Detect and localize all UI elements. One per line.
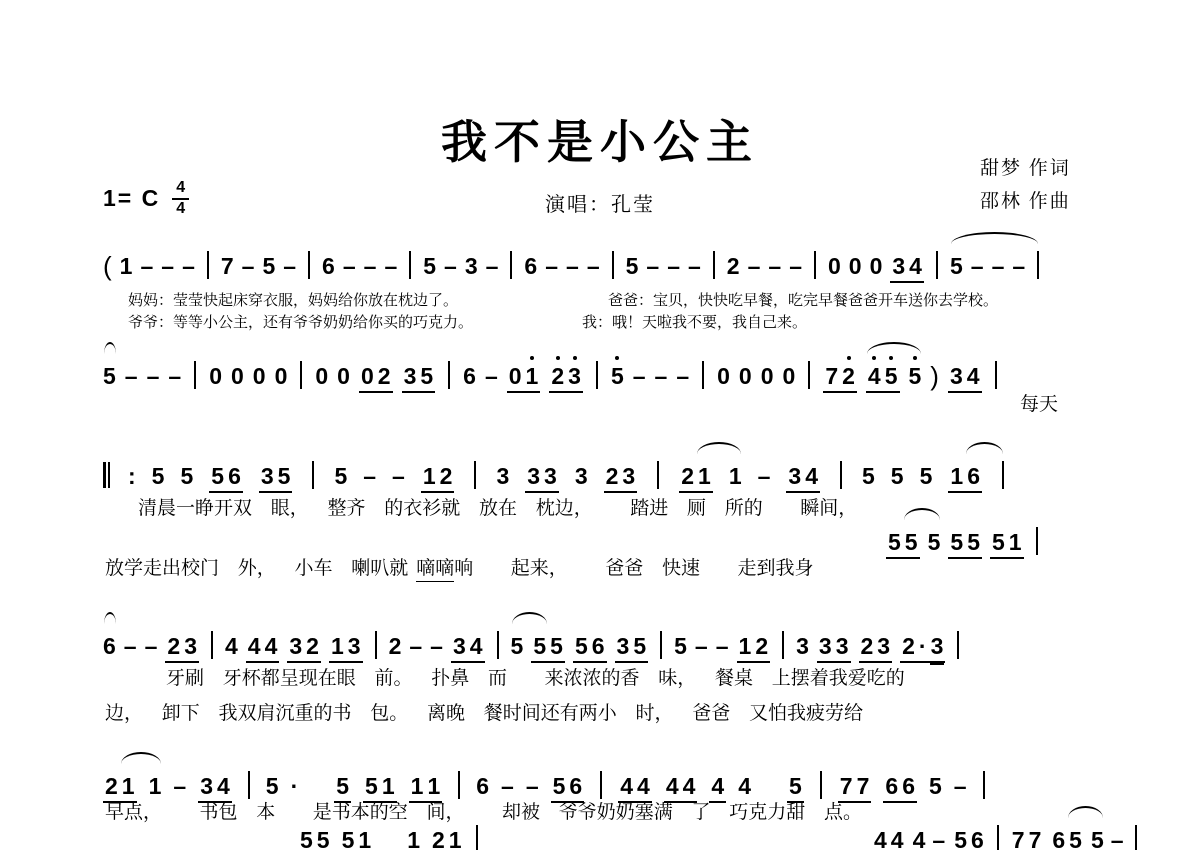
note-digit: 3	[542, 464, 559, 493]
note-digit: 5	[548, 634, 565, 663]
note-digit: 6	[1050, 828, 1067, 850]
bar-line	[1002, 461, 1004, 489]
note-digit: 3	[496, 464, 509, 489]
bar-line	[657, 461, 659, 489]
bar-line	[375, 631, 377, 659]
note-digit: 2	[389, 634, 402, 659]
bar-line	[995, 361, 997, 389]
duration-dash: –	[161, 254, 174, 279]
bar-line	[474, 461, 476, 489]
note-digit: 3	[834, 634, 851, 663]
bar-line	[820, 771, 822, 799]
note-digit: 1	[421, 464, 438, 493]
note-digit: 0	[507, 364, 524, 393]
bar-line	[207, 251, 209, 279]
note-digit: 3	[566, 364, 583, 393]
note-digit: 1	[524, 364, 541, 393]
duration-dash: –	[147, 364, 160, 389]
lyric-text: 嘀嘀	[416, 559, 454, 582]
note-digit: 5	[920, 464, 933, 489]
dialogue-text: 我：哦！天啦我不要，我自己来。	[582, 315, 807, 332]
note-digit: 5	[990, 530, 1007, 559]
note-digit: 5	[1091, 828, 1104, 850]
note-digit: 3	[465, 254, 478, 279]
bar-line	[957, 631, 959, 659]
duration-dash: –	[768, 254, 781, 279]
note-digit: 0	[209, 364, 222, 389]
note-digit: 5	[573, 634, 590, 663]
note-digit: 4	[866, 364, 883, 393]
note-digit: 5	[266, 774, 279, 799]
note-digit: 3	[346, 634, 363, 663]
note-digit: 5	[928, 530, 941, 555]
note-digit: 1	[729, 464, 742, 489]
duration-dash: –	[716, 634, 729, 659]
note-digit: 6	[103, 634, 116, 659]
bar-line	[1037, 251, 1039, 279]
duration-dash: –	[430, 634, 443, 659]
bar-line	[448, 361, 450, 389]
slur-arc	[697, 442, 741, 454]
duration-dash: –	[1012, 254, 1025, 279]
note-digit: 6	[965, 464, 982, 493]
duration-dash: –	[409, 634, 422, 659]
duration-dash: –	[501, 774, 514, 799]
bar-line	[702, 361, 704, 389]
note-digit: 6	[590, 634, 607, 663]
note-digit: 5	[180, 464, 193, 489]
bar-line	[1036, 527, 1038, 555]
note-digit: 5	[334, 464, 347, 489]
note-digit: 5	[152, 464, 165, 489]
duration-dash: –	[992, 254, 1005, 279]
music-line-3: :5556355––12333323211–3455516	[103, 456, 1024, 493]
duration-dash: –	[168, 364, 181, 389]
lyric-verse2-b: 边， 卸下 我双肩沉重的书 包。 离晚 餐时间还有两小 时， 爸爸 又怕我疲劳给	[105, 699, 871, 725]
note-digit: 6	[900, 774, 917, 803]
note-digit: 5	[886, 530, 903, 559]
note-digit: 1	[1007, 530, 1024, 559]
music-line-2: 5–––00000002356–01235–––000072455)34	[103, 356, 1010, 393]
duration-dash: –	[392, 464, 405, 489]
note-digit: 5	[315, 828, 332, 850]
note-digit: 2	[430, 828, 447, 850]
duration-dash: –	[486, 254, 499, 279]
note-digit: 5	[511, 634, 524, 659]
duration-dash: –	[526, 774, 539, 799]
note-digit: 3	[948, 364, 965, 393]
note-digit: 2	[438, 464, 455, 493]
score-sheet: 我不是小公主 甜梦 作词 邵林 作曲 演唱：孔莹 1= C 4 4 (1–––7…	[0, 0, 1200, 850]
slur-arc	[966, 442, 1003, 454]
lyric-meitian: 每天	[1020, 390, 1066, 416]
duration-dash: –	[932, 828, 945, 850]
slur-arc	[904, 508, 940, 520]
bar-line	[300, 361, 302, 389]
note-digit: 0	[739, 364, 752, 389]
dot-mark: ·	[291, 774, 299, 799]
bar-line	[782, 631, 784, 659]
bar-line	[211, 631, 213, 659]
note-digit: 1	[329, 634, 346, 663]
lyric-verse1-a: 清晨一睁开双 眼， 整齐 的衣衫就 放在 枕边， 踏进 厕 所的 瞬间，	[138, 494, 865, 520]
note-digit: 3	[182, 634, 199, 663]
lyric-text: 每天	[1020, 395, 1058, 416]
note-digit: 5	[965, 530, 982, 559]
note-digit: 6	[524, 254, 537, 279]
duration-dash: –	[384, 254, 397, 279]
note-digit: 5	[883, 364, 900, 393]
lyric-verse2-a: 放学走出校门 外， 小车 喇叭就嘀嘀响 起来， 爸爸 快速 走到我身	[105, 554, 822, 582]
duration-dash: –	[545, 254, 558, 279]
dialogue-yeye: 爷爷：等等小公主，还有爷爷奶奶给你买的巧克力。	[128, 307, 481, 332]
note-digit: 5	[611, 364, 624, 389]
bar-line	[1135, 825, 1137, 850]
duration-dash: –	[343, 254, 356, 279]
note-digit: 2	[859, 634, 876, 663]
note-digit: 0	[849, 254, 862, 279]
note-digit: 5	[626, 254, 639, 279]
note-digit: 4	[738, 774, 751, 799]
bar-line	[997, 825, 999, 850]
duration-dash: –	[444, 254, 457, 279]
duration-dash: –	[688, 254, 701, 279]
bar-line	[808, 361, 810, 389]
note-digit: 2	[840, 364, 857, 393]
note-digit: 5	[952, 828, 969, 850]
note-digit: 4	[889, 828, 906, 850]
note-digit: 5	[423, 254, 436, 279]
duration-dash: –	[1111, 828, 1124, 850]
note-digit: 5	[531, 634, 548, 663]
ossia-line-5b: 444–5677655–	[872, 820, 1148, 850]
note-digit: 6	[969, 828, 986, 850]
bar-line	[308, 251, 310, 279]
note-digit: 5	[948, 530, 965, 559]
duration-dash: –	[789, 254, 802, 279]
duration-dash: –	[633, 364, 646, 389]
bar-line	[458, 771, 460, 799]
note-digit: 4	[872, 828, 889, 850]
note-digit: 3	[796, 634, 809, 659]
parenthesis: )	[930, 362, 939, 391]
note-digit: 0	[315, 364, 328, 389]
note-digit: 0	[253, 364, 266, 389]
bar-line	[936, 251, 938, 279]
note-digit: 3	[817, 634, 834, 663]
note-digit: 0	[231, 364, 244, 389]
bar-line	[600, 771, 602, 799]
duration-dash: –	[182, 254, 195, 279]
note-digit: 1	[356, 828, 373, 850]
dialogue-wo: 我：哦！天啦我不要，我自己来。	[582, 307, 815, 332]
note-digit: 5	[103, 364, 116, 389]
bar-line	[510, 251, 512, 279]
note-digit: 5	[418, 364, 435, 393]
bar-line	[660, 631, 662, 659]
note-digit: 0	[870, 254, 883, 279]
duration-dash: –	[646, 254, 659, 279]
note-digit: 4	[913, 828, 926, 850]
bar-line	[983, 771, 985, 799]
duration-dash: –	[695, 634, 708, 659]
note-digit: 7	[221, 254, 234, 279]
note-digit: 3	[451, 634, 468, 663]
dialogue-text: 爷爷：等等小公主，还有爷爷奶奶给你买的巧克力。	[128, 315, 473, 332]
lyric-text: 边， 卸下 我双肩沉重的书 包。 离晚 餐时间还有两小 时， 爸爸 又怕我疲劳给	[105, 704, 863, 725]
note-digit: 5	[903, 530, 920, 559]
note-digit: 7	[1027, 828, 1044, 850]
slur-arc	[104, 612, 116, 624]
lyric-text: 清晨一睁开双 眼， 整齐 的衣衫就 放在 枕边， 踏进 厕 所的 瞬间，	[138, 499, 857, 520]
duration-dash: –	[145, 634, 158, 659]
note-digit: 1	[149, 774, 162, 799]
note-digit: 2	[304, 634, 321, 663]
note-digit: 5	[862, 464, 875, 489]
note-digit: 0	[359, 364, 376, 393]
note-digit: 4	[225, 634, 238, 659]
note-digit: 3	[259, 464, 276, 493]
note-digit: 5	[950, 254, 963, 279]
slur-arc	[121, 752, 161, 764]
note-digit: 0	[717, 364, 730, 389]
duration-dash: –	[655, 364, 668, 389]
note-digit: 5	[262, 254, 275, 279]
duration-dash: –	[485, 364, 498, 389]
note-digit: 7	[1010, 828, 1027, 850]
duration-dash: –	[667, 254, 680, 279]
note-digit: 5	[276, 464, 293, 493]
note-digit: 4	[965, 364, 982, 393]
duration-dash: –	[283, 254, 296, 279]
bar-line	[612, 251, 614, 279]
dot-mark: ·	[917, 634, 929, 663]
duration-dash: –	[587, 254, 600, 279]
note-digit: 4	[907, 254, 924, 283]
bar-line	[248, 771, 250, 799]
note-digit: 3	[620, 464, 637, 493]
slur-arc	[951, 232, 1038, 244]
bar-line	[497, 631, 499, 659]
note-digit: 5	[909, 364, 922, 389]
note-digit: 1	[696, 464, 713, 493]
note-digit: 4	[263, 634, 280, 663]
music-line-4: 6––2344432132––3455556355––12333232·3	[103, 626, 971, 663]
note-digit: 5	[631, 634, 648, 663]
duration-dash: –	[748, 254, 761, 279]
slur-arc	[512, 612, 547, 624]
duration-dash: –	[676, 364, 689, 389]
bar-line	[476, 825, 478, 850]
lyric-text: 放学走出校门 外， 小车 喇叭就	[105, 559, 408, 580]
note-digit: 4	[246, 634, 263, 663]
note-digit: 1	[447, 828, 464, 850]
slur-arc	[104, 342, 116, 354]
duration-dash: –	[364, 254, 377, 279]
note-digit: 0	[761, 364, 774, 389]
parenthesis: (	[103, 252, 112, 281]
note-digit: 6	[226, 464, 243, 493]
duration-dash: –	[971, 254, 984, 279]
slur-arc	[1068, 806, 1103, 818]
note-digit: 0	[828, 254, 841, 279]
duration-dash: –	[954, 774, 967, 799]
note-digit: 4	[803, 464, 820, 493]
bar-line	[814, 251, 816, 279]
note-digit: 1	[948, 464, 965, 493]
lyric-text: 牙刷 牙杯都呈现在眼 前。 扑鼻 而 来浓浓的香 味， 餐桌 上摆着我爱吃的	[166, 669, 905, 690]
note-digit: 6	[883, 774, 900, 803]
note-digit: 5	[674, 634, 687, 659]
duration-dash: –	[124, 634, 137, 659]
note-digit: 0	[783, 364, 796, 389]
note-digit: 7	[823, 364, 840, 393]
bar-line	[103, 462, 111, 488]
bar-line	[713, 251, 715, 279]
note-digit: 5	[891, 464, 904, 489]
bar-line	[312, 461, 314, 489]
note-digit: 3	[786, 464, 803, 493]
note-digit: 5	[1067, 828, 1084, 850]
note-digit: 2	[753, 634, 770, 663]
duration-dash: –	[173, 774, 186, 799]
note-digit: 2	[604, 464, 621, 493]
bar-line	[596, 361, 598, 389]
note-digit: 2	[727, 254, 740, 279]
duration-dash: –	[363, 464, 376, 489]
duration-dash: –	[125, 364, 138, 389]
ossia-line-5a: 5551121	[298, 820, 490, 850]
bar-line	[409, 251, 411, 279]
slur-arc	[867, 342, 921, 354]
note-digit: 1	[120, 254, 133, 279]
note-digit: 2	[376, 364, 393, 393]
duration-dash: –	[140, 254, 153, 279]
lyric-text: 响 起来， 爸爸 快速 走到我身	[454, 559, 813, 580]
bar-line	[840, 461, 842, 489]
note-digit: 3	[929, 634, 946, 663]
note-digit: 6	[476, 774, 489, 799]
note-digit: 3	[875, 634, 892, 663]
note-digit: 2	[679, 464, 696, 493]
note-digit: 3	[890, 254, 907, 283]
bar-line	[194, 361, 196, 389]
note-digit: 4	[468, 634, 485, 663]
note-digit: 2	[165, 634, 182, 663]
note-digit: 5	[298, 828, 315, 850]
note-digit: 0	[337, 364, 350, 389]
note-digit: 6	[463, 364, 476, 389]
duration-dash: –	[758, 464, 771, 489]
ossia-line-3: 5555551	[886, 522, 1050, 559]
note-digit: 3	[525, 464, 542, 493]
note-digit: 5	[209, 464, 226, 493]
note-digit: 6	[322, 254, 335, 279]
note-digit: 5	[929, 774, 942, 799]
note-digit: 3	[402, 364, 419, 393]
lyric-verse1-b: 牙刷 牙杯都呈现在眼 前。 扑鼻 而 来浓浓的香 味， 餐桌 上摆着我爱吃的	[166, 664, 913, 690]
note-digit: 1	[405, 828, 422, 850]
note-digit: 1	[737, 634, 754, 663]
note-digit: 2	[900, 634, 917, 663]
repeat-sign-colon: :	[128, 464, 136, 489]
note-digit: 0	[275, 364, 288, 389]
note-digit: 3	[287, 634, 304, 663]
note-digit: 5	[340, 828, 357, 850]
note-digit: 2	[549, 364, 566, 393]
duration-dash: –	[566, 254, 579, 279]
note-digit: 3	[575, 464, 588, 489]
note-digit: 3	[615, 634, 632, 663]
notation-area: (1–––7–5–6–––5–3–6–––5–––2–––000345–––妈妈…	[0, 0, 1200, 850]
duration-dash: –	[242, 254, 255, 279]
music-line-1: (1–––7–5–6–––5–3–6–––5–––2–––000345–––	[103, 246, 1051, 283]
